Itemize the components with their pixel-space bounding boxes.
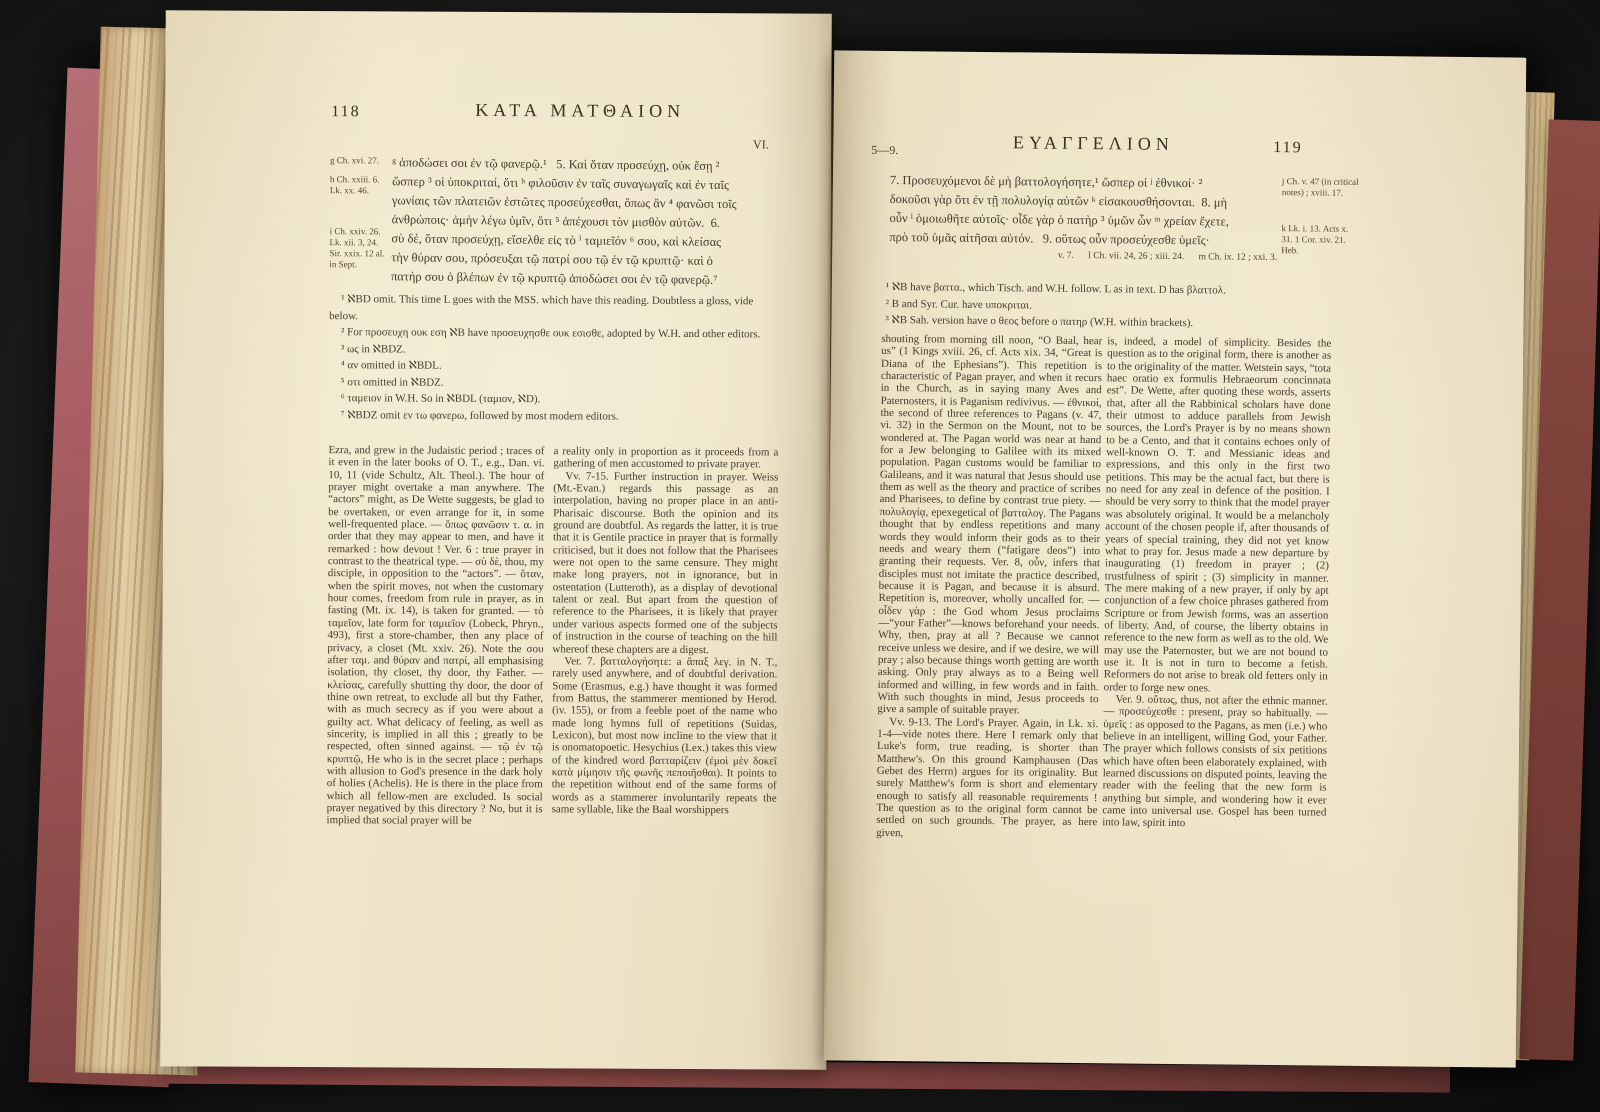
left-greek-passage: g Ch. xvi. 27. h Ch. xxiii. 6. Lk. xx. 4… <box>329 154 780 294</box>
greek-reference-line: v. 7. l Ch. vii. 24, 26 ; xiii. 24. m Ch… <box>889 249 1277 263</box>
left-chapter-label: VI. <box>753 137 769 152</box>
body-paragraph: Vv. 7-15. Further instruction in prayer.… <box>552 470 778 656</box>
right-greek-text: 7. Προσευχόμενοι δὲ μὴ βαττολογήσητε,¹ ὥ… <box>889 171 1278 263</box>
footnote: ² For προσευχη ουκ εση ℵB have προσευχησ… <box>329 324 779 343</box>
right-column-2: is, indeed, a model of simplicity. Besid… <box>1101 335 1331 907</box>
body-paragraph: Ver. 9. οὕτως, thus, not after the ethni… <box>1102 693 1327 831</box>
body-paragraph: Ver. 7. βατταλογήσητε: a ἅπαξ λεγ. in N.… <box>552 655 778 817</box>
body-paragraph: Vv. 9-13. The Lord's Prayer. Again, in L… <box>876 716 1098 842</box>
footnote: ³ ℵB Sah. version have ο θεος before ο π… <box>873 312 1325 333</box>
right-page: 5—9. ΕΥΑΓΓΕΛΙΟΝ 119 7. Προσευχόμενοι δὲ … <box>824 50 1527 1067</box>
right-greek-passage: 7. Προσευχόμενοι δὲ μὴ βαττολογήσητε,¹ ὥ… <box>889 171 1360 291</box>
footnote: ⁷ ℵBDZ omit εν τω φανερω, followed by mo… <box>329 407 779 426</box>
left-column-2: a reality only in proportion as it proce… <box>551 445 778 909</box>
right-running-title: ΕΥΑΓΓΕΛΙΟΝ <box>933 131 1253 155</box>
right-footnotes: ¹ ℵB have βαττα., which Tisch. and W.H. … <box>873 279 1325 333</box>
margin-note: g Ch. xvi. 27. <box>330 155 390 166</box>
greek-line: πατήρ σου ὁ βλέπων ἐν τῷ κρυπτῷ ἀποδώσει… <box>391 267 779 290</box>
book: 118 ΚΑΤΑ ΜΑΤΘΑΙΟΝ VI. g Ch. xvi. 27. h C… <box>0 0 1600 1112</box>
right-column-1: shouting from morning till noon, “O Baal… <box>875 333 1102 905</box>
photo-background: 118 ΚΑΤΑ ΜΑΤΘΑΙΟΝ VI. g Ch. xvi. 27. h C… <box>0 0 1600 1112</box>
body-paragraph: is, indeed, a model of simplicity. Besid… <box>1104 335 1332 695</box>
right-page-number: 119 <box>1273 139 1303 157</box>
left-footnotes: ¹ ℵBD omit. This time L goes with the MS… <box>329 291 780 425</box>
left-greek-text: ᵍ ἀποδώσει σοι ἐν τῷ φανερῷ.¹ 5. Καὶ ὅτα… <box>391 153 780 290</box>
body-paragraph: a reality only in proportion as it proce… <box>553 445 778 471</box>
left-page-number: 118 <box>331 103 361 121</box>
body-paragraph: shouting from morning till noon, “O Baal… <box>877 333 1102 718</box>
left-margin-notes: g Ch. xvi. 27. h Ch. xxiii. 6. Lk. xx. 4… <box>329 154 390 292</box>
body-paragraph: Ezra, and grew in the Judaistic period ;… <box>326 444 544 828</box>
left-page: 118 ΚΑΤΑ ΜΑΤΘΑΙΟΝ VI. g Ch. xvi. 27. h C… <box>160 10 832 1069</box>
footnote: ¹ ℵBD omit. This time L goes with the MS… <box>329 291 779 326</box>
footnote: ⁴ αν omitted in ℵBDL. <box>329 357 779 376</box>
margin-note: h Ch. xxiii. 6. Lk. xx. 46. <box>330 174 390 196</box>
left-column-1: Ezra, and grew in the Judaistic period ;… <box>326 444 544 908</box>
margin-note: j Ch. v. 47 (in critical notes) ; xviii.… <box>1282 176 1360 199</box>
left-running-title: ΚΑΤΑ ΜΑΤΘΑΙΟΝ <box>415 100 745 123</box>
footnote: ⁶ ταμειον in W.H. So in ℵBDL (ταμιον, ℵD… <box>329 390 779 409</box>
right-margin-notes: j Ch. v. 47 (in critical notes) ; xviii.… <box>1281 175 1360 291</box>
margin-note: i Ch. xxiv. 26. Lk. xii. 3, 24. Sir. xxi… <box>329 226 389 270</box>
margin-note: k Lk. i. 13. Acts x. 31. 1 Cor. xiv. 21.… <box>1281 223 1359 257</box>
right-verse-range: 5—9. <box>871 143 898 158</box>
